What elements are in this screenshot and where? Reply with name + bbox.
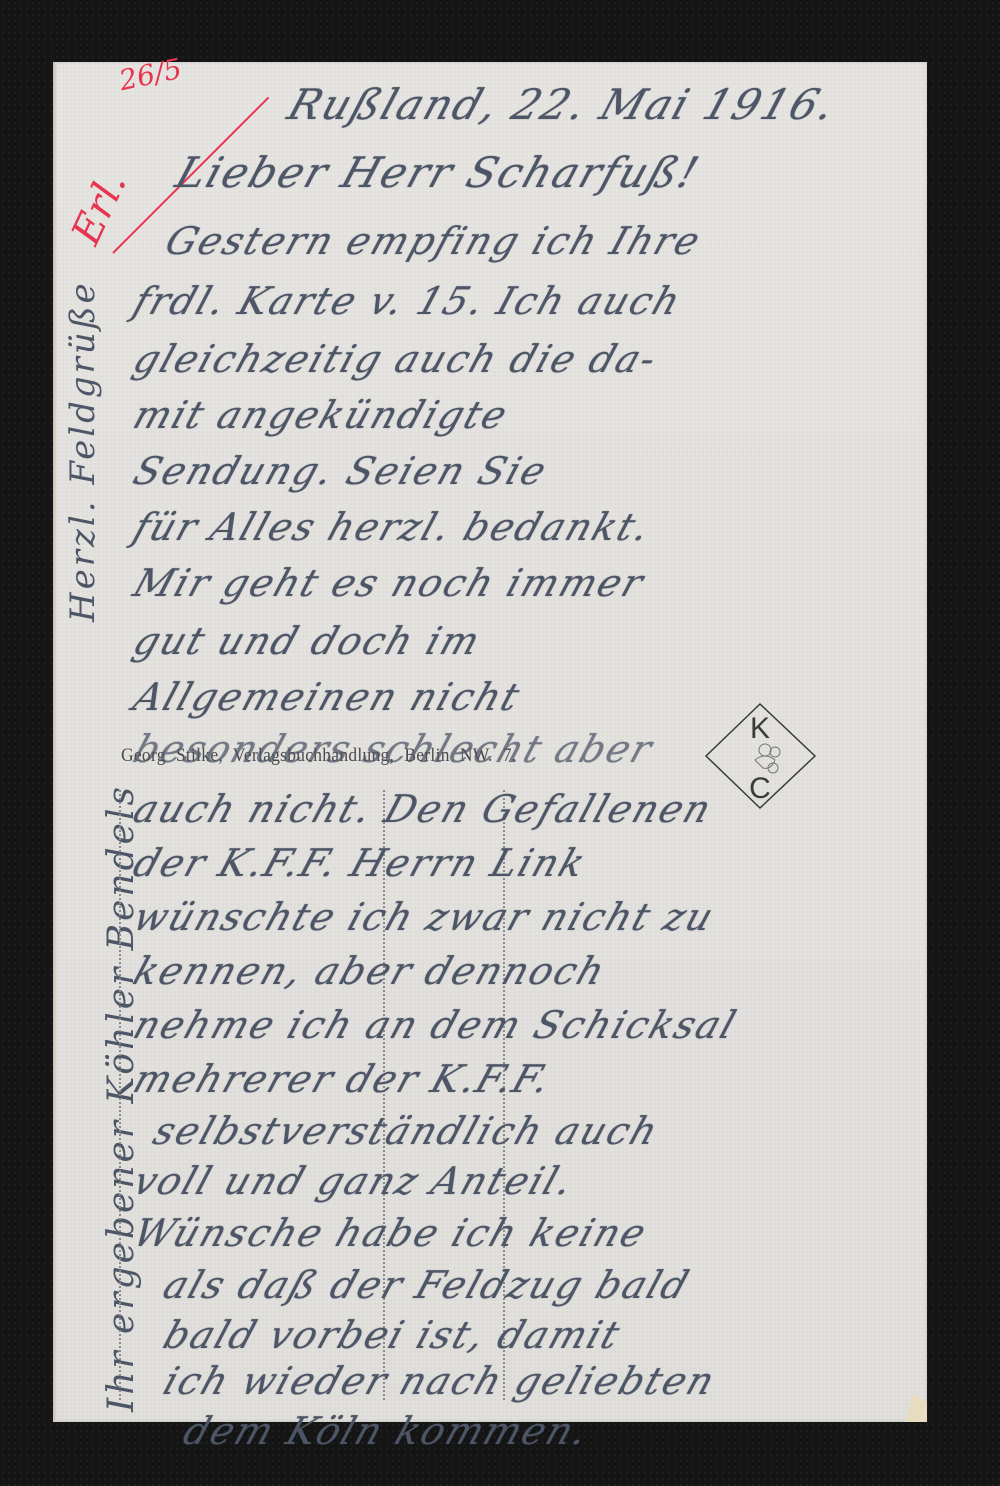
letter-line: Wünsche habe ich keine <box>129 1214 652 1252</box>
letter-line: nehme ich an dem Schicksal <box>129 1006 742 1044</box>
letter-line: besonders schlecht aber <box>129 730 658 768</box>
letter-line: auch nicht. Den Gefallenen <box>129 790 717 828</box>
dotted-rule-1 <box>119 790 121 1400</box>
letter-line: Gestern empfing ich Ihre <box>161 222 706 260</box>
letter-line: Mir geht es noch immer <box>129 564 649 602</box>
publisher-logo-icon: K C SW 48 <box>703 700 818 812</box>
letter-line: gut und doch im <box>129 622 486 660</box>
letter-line: der K.F.F. Herrn Link <box>129 844 591 882</box>
letter-line: Allgemeinen nicht <box>129 678 526 716</box>
red-annotation-date: 26/5 <box>116 52 184 97</box>
card-edge <box>53 62 57 1422</box>
postcard: 26/5 Erl. Herzl. Feldgrüße Ihr ergebener… <box>53 62 927 1422</box>
letter-line: bald vorbei ist, damit <box>159 1316 626 1354</box>
logo-letter-bottom: C <box>749 772 771 805</box>
torn-corner <box>905 1394 927 1422</box>
logo-letter-top: K <box>750 712 770 745</box>
letter-line: wünschte ich zwar nicht zu <box>129 898 720 936</box>
letter-line: selbstverständlich auch <box>149 1112 664 1150</box>
letter-line: frdl. Karte v. 15. Ich auch <box>129 282 687 320</box>
letter-line: gleichzeitig auch die da- <box>129 340 663 378</box>
letter-line: für Alles herzl. bedankt. <box>129 508 656 546</box>
letter-line: dem Köln kommen. <box>179 1412 594 1450</box>
letter-salutation: Lieber Herr Scharfuß! <box>171 152 705 194</box>
letter-line: Sendung. Seien Sie <box>129 452 552 490</box>
letter-dateline: Rußland, 22. Mai 1916. <box>283 84 842 126</box>
letter-line: kennen, aber dennoch <box>129 952 611 990</box>
letter-line: als daß der Feldzug bald <box>159 1266 695 1304</box>
letter-line: mit angekündigte <box>129 396 513 434</box>
letter-line: voll und ganz Anteil. <box>129 1162 579 1200</box>
letter-line: mehrerer der K.F.F. <box>129 1060 556 1098</box>
letter-line: ich wieder nach geliebten <box>159 1362 721 1400</box>
margin-greeting: Herzl. Feldgrüße <box>63 280 103 622</box>
